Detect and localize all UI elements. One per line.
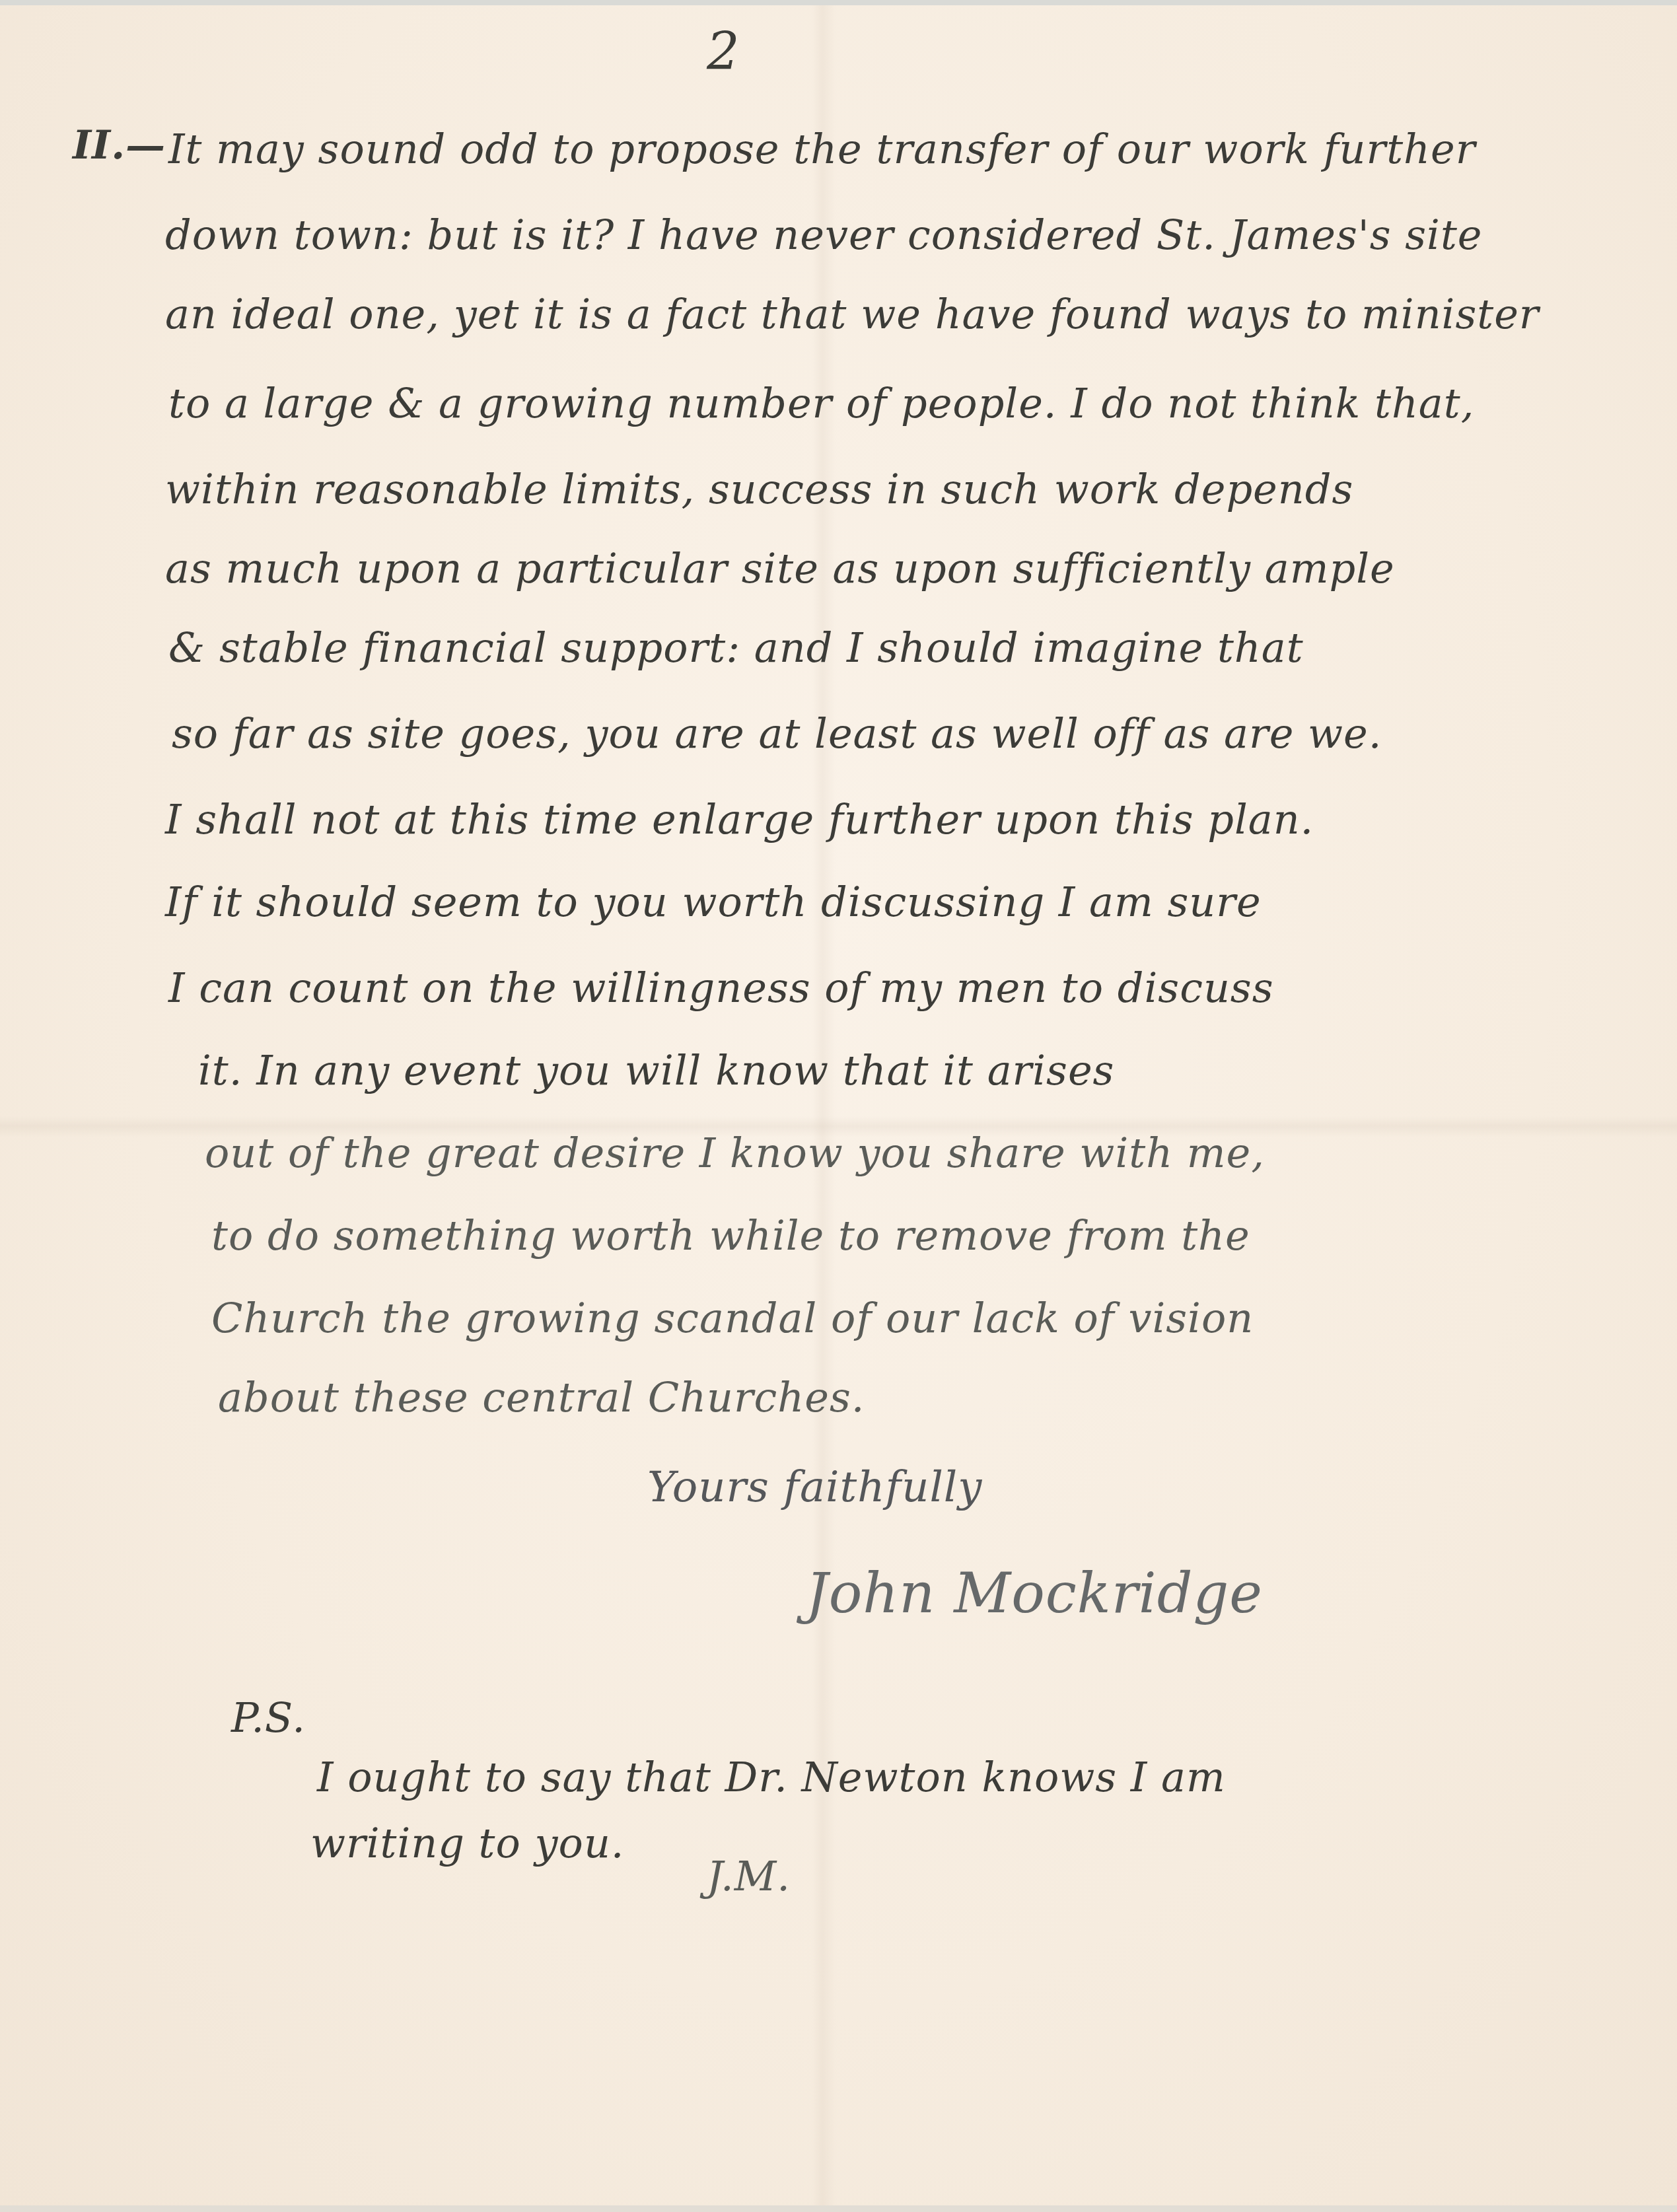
postscript-line-2: writing to you.: [310, 1823, 625, 1864]
body-line-14: to do something worth while to remove fr…: [211, 1215, 1250, 1256]
body-line-9: I shall not at this time enlarge further…: [165, 799, 1314, 840]
body-line-5: within reasonable limits, success in suc…: [165, 469, 1353, 510]
postscript-label: P.S.: [231, 1697, 306, 1738]
closing-salutation: Yours faithfully: [647, 1466, 982, 1509]
body-line-2: down town: but is it? I have never consi…: [165, 215, 1483, 256]
body-line-12: it. In any event you will know that it a…: [198, 1050, 1114, 1091]
body-line-13: out of the great desire I know you share…: [205, 1133, 1265, 1174]
body-line-1: It may sound odd to propose the transfer…: [168, 129, 1476, 170]
body-line-16: about these central Churches.: [218, 1377, 865, 1418]
body-line-10: If it should seem to you worth discussin…: [165, 882, 1262, 923]
body-line-11: I can count on the willingness of my men…: [168, 968, 1273, 1009]
postscript-initials: J.M.: [707, 1856, 791, 1897]
section-marker: II.—: [73, 125, 166, 165]
body-line-4: to a large & a growing number of people.…: [168, 383, 1474, 424]
body-line-3: an ideal one, yet it is a fact that we h…: [165, 294, 1540, 335]
body-line-15: Church the growing scandal of our lack o…: [211, 1298, 1254, 1339]
page-bottom-edge: [0, 2205, 1677, 2212]
body-line-6: as much upon a particular site as upon s…: [165, 548, 1395, 589]
page-top-edge: [0, 0, 1677, 5]
signature: John Mockridge: [806, 1565, 1263, 1621]
body-line-7: & stable financial support: and I should…: [168, 627, 1304, 668]
postscript-line-1: I ought to say that Dr. Newton knows I a…: [317, 1757, 1226, 1798]
body-line-8: so far as site goes, you are at least as…: [172, 713, 1382, 754]
page-number: 2: [707, 26, 740, 78]
